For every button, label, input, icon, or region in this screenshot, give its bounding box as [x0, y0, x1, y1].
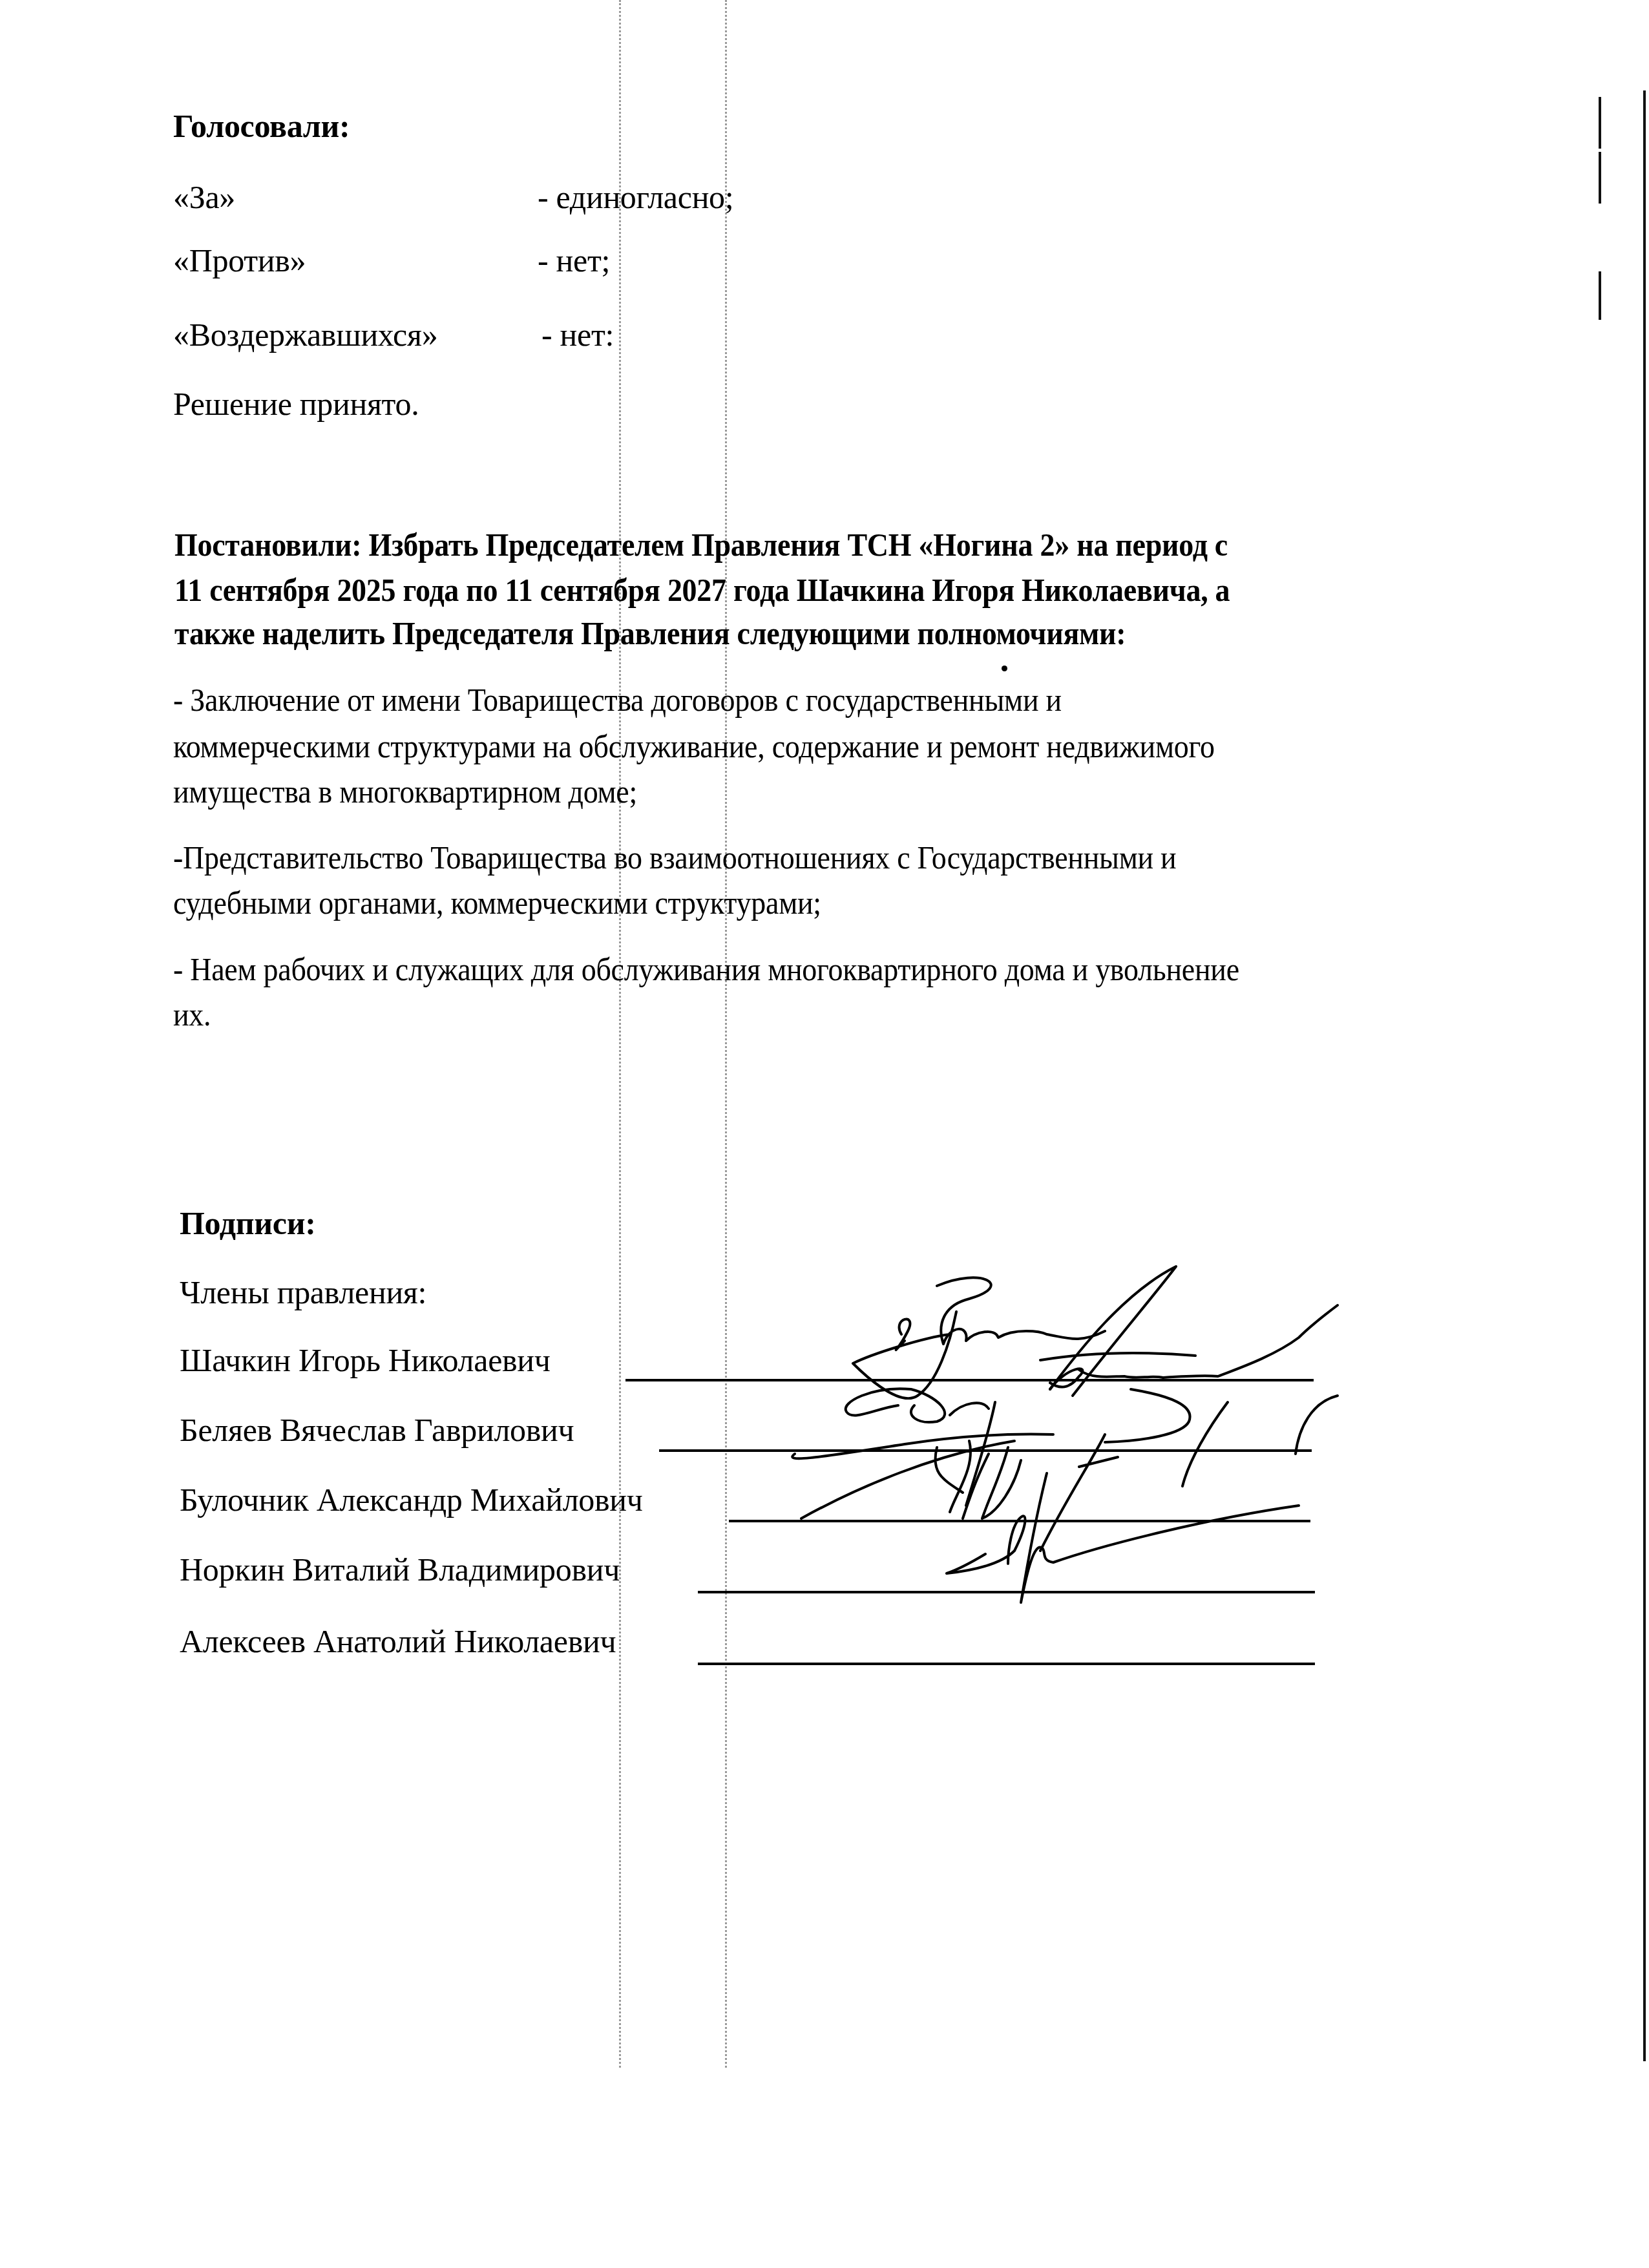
scan-edge-line-short: [1599, 152, 1601, 204]
member-name: Беляев Вячеслав Гаврилович: [180, 1414, 574, 1446]
power-item-contracts: - Заключение от имени Товарищества догов…: [173, 684, 1062, 716]
signature-belyaev: [1040, 1305, 1338, 1389]
vote-abstain-label: «Воздержавшихся»: [173, 319, 437, 351]
power-item-representation: -Представительство Товарищества во взаим…: [173, 841, 1176, 874]
scan-speck: [1002, 666, 1007, 671]
scan-edge-line-short: [1599, 97, 1601, 149]
signature-belyaev-loop: [1105, 1389, 1190, 1442]
member-name: Шачкин Игорь Николаевич: [180, 1344, 551, 1376]
vote-for-label: «За»: [173, 181, 235, 213]
power-item-contracts: коммерческими структурами на обслуживани…: [173, 730, 1215, 762]
scan-artifact-right: [725, 0, 729, 2068]
power-item-hiring: - Наем рабочих и служащих для обслуживан…: [173, 953, 1239, 985]
resolution-line: Постановили: Избрать Председателем Правл…: [174, 529, 1228, 561]
board-members-label: Члены правления:: [180, 1276, 426, 1308]
scanned-document-page: Голосовали: «За» - единогласно; «Против»…: [0, 0, 1649, 2268]
signature-norkin: [792, 1434, 1118, 1551]
vote-against-label: «Против»: [173, 244, 306, 277]
member-name: Норкин Виталий Владимирович: [180, 1553, 620, 1586]
signature-alekseev: [947, 1473, 1299, 1602]
vote-abstain-value: - нет:: [541, 319, 614, 351]
power-item-hiring: их.: [173, 998, 211, 1031]
handwritten-signatures: [743, 1241, 1454, 1732]
member-name: Алексеев Анатолий Николаевич: [180, 1625, 616, 1657]
scan-edge-line: [1643, 90, 1646, 2061]
power-item-contracts: имущества в многоквартирном доме;: [173, 775, 637, 808]
vote-against-value: - нет;: [538, 244, 610, 277]
signature-bulochnik-curve: [1182, 1396, 1338, 1486]
decision-result: Решение принято.: [173, 388, 419, 420]
resolution-line: 11 сентября 2025 года по 11 сентября 202…: [174, 574, 1230, 606]
signature-shachkin: [853, 1277, 1105, 1398]
power-item-representation: судебными органами, коммерческими структ…: [173, 887, 821, 919]
vote-for-value: - единогласно;: [538, 181, 733, 213]
signatures-heading: Подписи:: [180, 1207, 316, 1239]
resolution-line: также наделить Председателя Правления сл…: [174, 617, 1126, 649]
scan-edge-line-short: [1599, 271, 1601, 320]
member-name: Булочник Александр Михайлович: [180, 1484, 643, 1516]
voting-heading: Голосовали:: [173, 110, 350, 142]
scan-artifact-left: [619, 0, 623, 2068]
